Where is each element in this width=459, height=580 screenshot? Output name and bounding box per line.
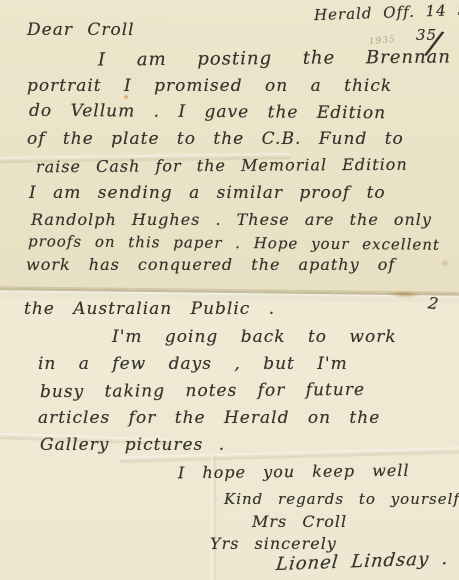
letter-line: Randolph Hughes . These are the only	[31, 212, 432, 228]
letter-line: I am posting the Brennan	[98, 48, 451, 69]
letter-line: articles for the Herald on the	[38, 410, 380, 427]
letter-line: busy taking notes for future	[40, 382, 365, 401]
letter-line: I'm going back to work	[112, 329, 397, 346]
letter-line: of the plate to the C.B. Fund to	[27, 131, 404, 148]
letter-line: do Vellum . I gave the Edition	[29, 103, 386, 122]
letter-line: Kind regards to yourself	[224, 492, 459, 507]
letter-line: work has conquered the apathy of	[26, 257, 395, 273]
letter-line: raise Cash for the Memorial Edition	[36, 157, 408, 176]
letter-line: Gallery pictures .	[40, 437, 225, 454]
page-number: 2	[427, 295, 440, 312]
letter-line: Yrs sincerely	[210, 536, 337, 552]
letter-scan: Herald Off. 14 Sept 35 / 1935 Dear Croll…	[0, 0, 459, 580]
letter-line: I hope you keep well	[178, 463, 410, 481]
letter-line: proofs on this paper . Hope your excelle…	[28, 234, 440, 253]
letter-line: Mrs Croll	[252, 514, 347, 530]
letter-line: portrait I promised on a thick	[27, 78, 392, 95]
signature: Lionel Lindsay .	[275, 550, 449, 574]
salutation: Dear Croll	[27, 22, 135, 39]
letter-line: the Australian Public .	[24, 301, 275, 318]
letter-line: in a few days , but I'm	[38, 356, 348, 373]
letter-line: I am sending a similar proof to	[29, 185, 386, 202]
